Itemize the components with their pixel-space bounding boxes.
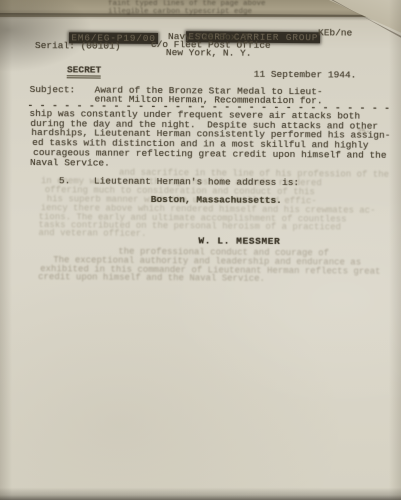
serial-number: Serial: (00101) <box>35 41 121 51</box>
classification-label: SECRET <box>33 55 102 85</box>
address-line-3: New York, N. Y. <box>166 48 252 58</box>
date-line: 11 September 1944. <box>254 70 357 81</box>
scanned-document-photo: faint typed lines of the page above ille… <box>0 0 401 500</box>
ghost-text-line: credit upon himself and the Naval Servic… <box>38 273 265 284</box>
typed-document: EM6/EG-P19/00 Serial: (00101) SECRET ESC… <box>0 0 401 500</box>
ghost-text-line: and veteran officer. <box>38 229 146 239</box>
signature-name: W. L. MESSMER <box>198 236 280 246</box>
subject-label: Subject: <box>30 85 76 95</box>
classification-text: SECRET <box>67 64 101 78</box>
body-line: Naval Service. <box>30 158 110 168</box>
edge-marks: 25- <box>357 129 370 137</box>
typist-initials: KEb/ne <box>318 28 352 38</box>
